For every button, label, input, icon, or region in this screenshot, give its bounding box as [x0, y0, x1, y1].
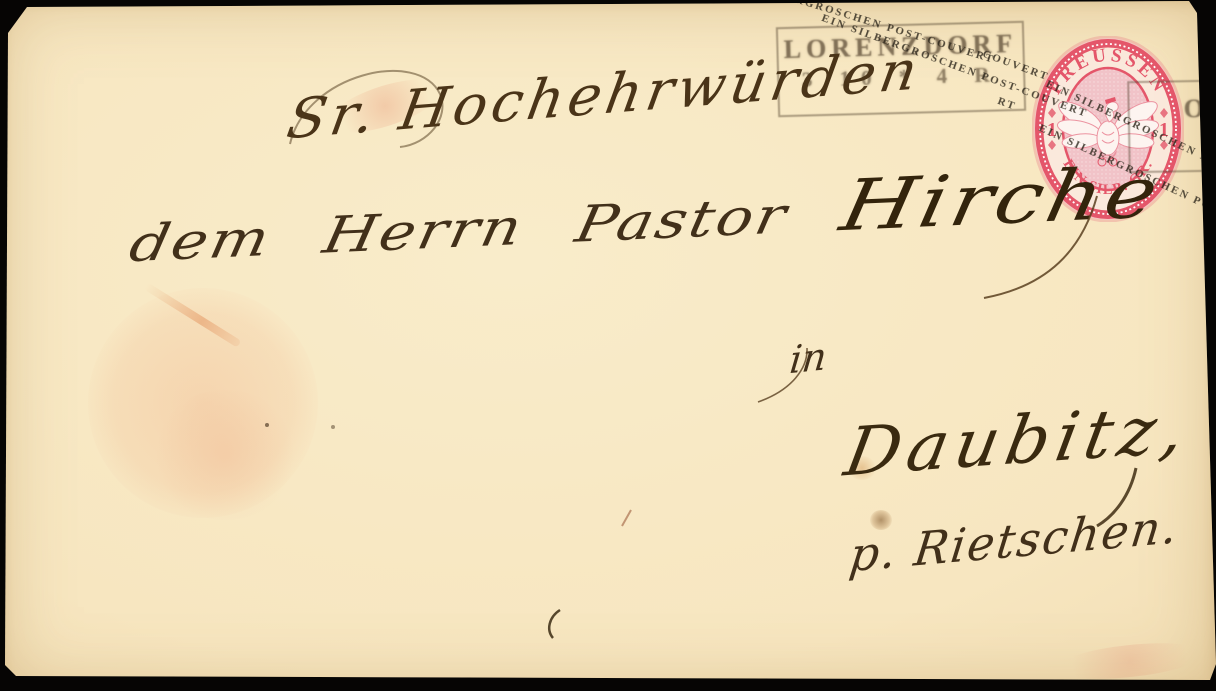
stain-blotch [88, 288, 318, 518]
ink-speck [265, 423, 269, 427]
photo-background: PREUSSEN EIN SILB. GR. 1 1 [0, 0, 1216, 691]
ink-speck [331, 425, 335, 429]
address-salutation: Sr. Hochehrwürden [283, 38, 926, 152]
address-town: Daubitz, [839, 389, 1197, 491]
stain-streak [144, 283, 242, 348]
ink-tick-mark [622, 510, 631, 526]
address-recipient: dem Herrn Pastor Hirche [124, 151, 1169, 279]
postmark-town-partial: OR [1129, 91, 1216, 125]
ink-curl-mark [549, 610, 560, 638]
envelope: PREUSSEN EIN SILB. GR. 1 1 [0, 0, 1216, 691]
address-recipient-title: dem Herrn Pastor [125, 184, 847, 274]
stain-blotch-lower [150, 390, 300, 520]
address-routing: p. Rietschen. [847, 499, 1183, 583]
stain-smudge-bottom [1054, 637, 1207, 685]
address-recipient-name: Hirche [834, 151, 1168, 248]
address-preposition: in [788, 334, 829, 383]
